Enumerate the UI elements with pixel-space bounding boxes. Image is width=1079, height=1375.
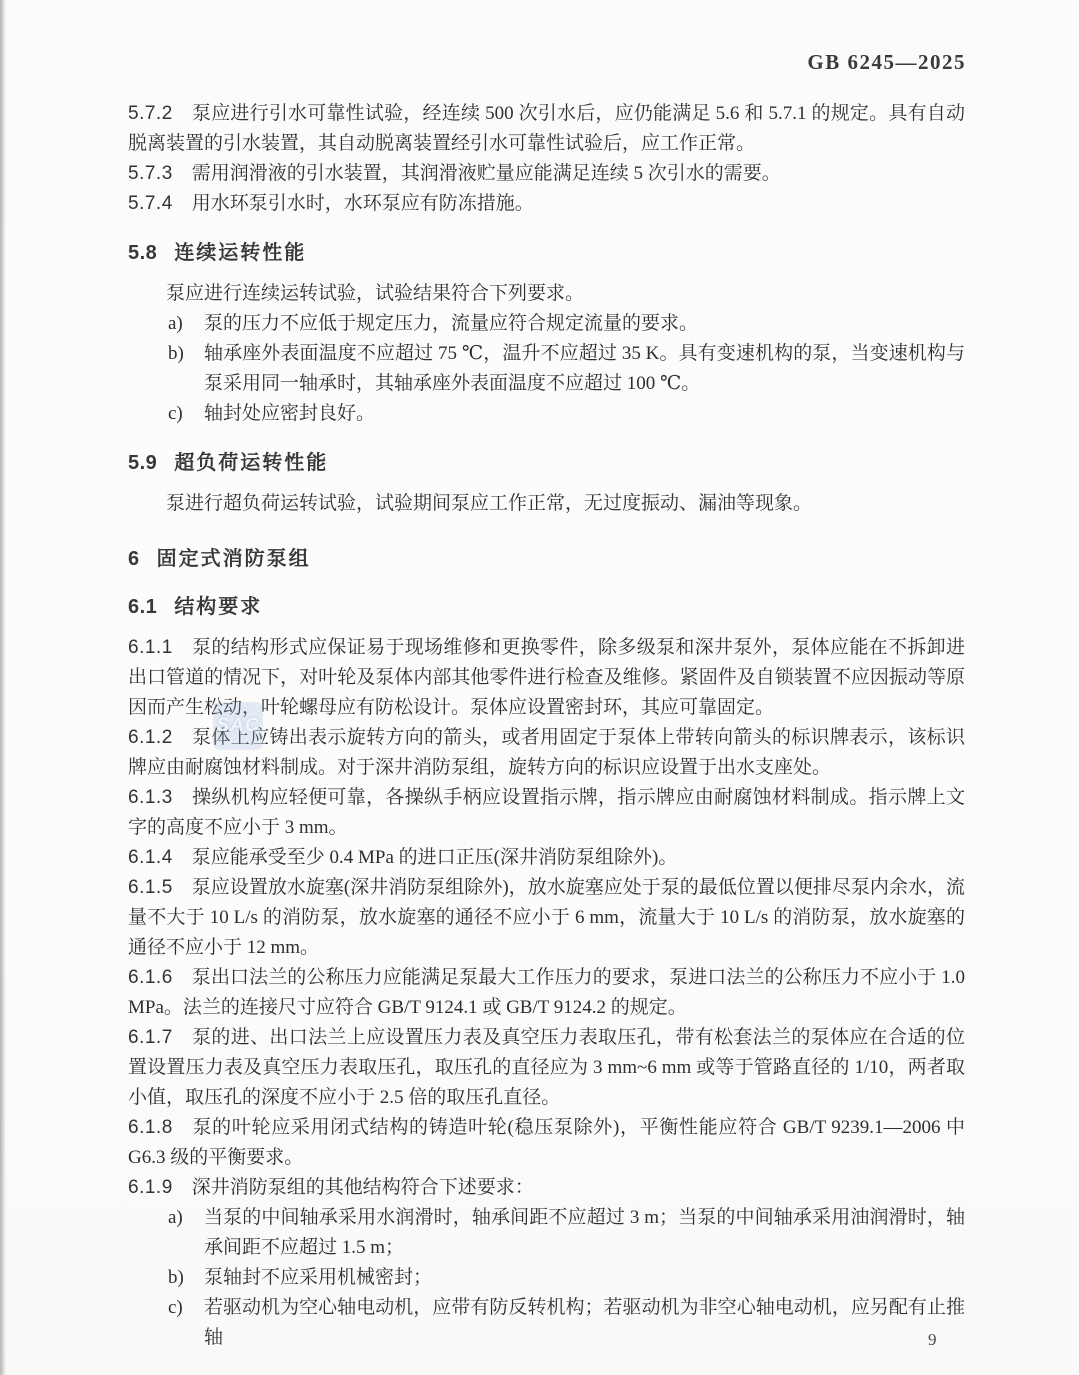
clause-6-1-7: 6.1.7泵的进、出口法兰上应设置压力表及真空压力表取压孔，带有松套法兰的泵体应…	[128, 1023, 965, 1113]
clause-5-7-2: 5.7.2泵应进行引水可靠性试验，经连续 500 次引水后，应仍能满足 5.6 …	[128, 99, 965, 159]
clause-number: 6.1.3	[128, 787, 173, 808]
document-page: GB 6245—2025 5.7.2泵应进行引水可靠性试验，经连续 500 次引…	[0, 0, 1079, 1375]
clause-number: 6.1.1	[128, 637, 173, 658]
clause-text: 操纵机构应轻便可靠，各操纵手柄应设置指示牌，指示牌应由耐腐蚀材料制成。指示牌上文…	[128, 787, 965, 838]
clause-text: 泵应进行引水可靠性试验，经连续 500 次引水后，应仍能满足 5.6 和 5.7…	[128, 103, 965, 154]
clause-number: 5.7.3	[128, 163, 173, 184]
clause-text: 用水环泵引水时，水环泵应有防冻措施。	[192, 193, 534, 214]
heading-6-1: 6.1结构要求	[128, 593, 965, 621]
clause-number: 6.1.6	[128, 967, 173, 988]
heading-title: 连续运转性能	[174, 242, 306, 264]
list-item-6-1-9-a: a)当泵的中间轴承采用水润滑时，轴承间距不应超过 3 m；当泵的中间轴承采用油润…	[128, 1203, 965, 1263]
clause-number: 6.1.7	[128, 1027, 173, 1048]
clause-text: 泵的进、出口法兰上应设置压力表及真空压力表取压孔，带有松套法兰的泵体应在合适的位…	[128, 1027, 965, 1108]
heading-number: 6.1	[128, 596, 157, 618]
list-item-text: 若驱动机为空心轴电动机，应带有防反转机构；若驱动机为非空心轴电动机，应另配有止推…	[204, 1293, 965, 1353]
clause-number: 5.7.4	[128, 193, 173, 214]
clause-6-1-2: 6.1.2泵体上应铸出表示旋转方向的箭头，或者用固定于泵体上带转向箭头的标识牌表…	[128, 723, 965, 783]
list-item-label: c)	[168, 1293, 204, 1353]
list-item-label: a)	[168, 309, 204, 339]
clause-number: 6.1.2	[128, 727, 173, 748]
clause-text: 泵应能承受至少 0.4 MPa 的进口正压(深井消防泵组除外)。	[192, 847, 678, 868]
list-item-5-8-c: c)轴封处应密封良好。	[128, 399, 965, 429]
page-body: 5.7.2泵应进行引水可靠性试验，经连续 500 次引水后，应仍能满足 5.6 …	[128, 99, 965, 1353]
heading-5-8: 5.8连续运转性能	[128, 239, 965, 267]
clause-number: 6.1.5	[128, 877, 173, 898]
list-item-label: b)	[168, 339, 204, 399]
list-item-text: 轴承座外表面温度不应超过 75 ℃，温升不应超过 35 K。具有变速机构的泵，当…	[204, 339, 965, 399]
clause-text: 泵出口法兰的公称压力应能满足泵最大工作压力的要求，泵进口法兰的公称压力不应小于 …	[128, 967, 965, 1018]
list-item-text: 泵的压力不应低于规定压力，流量应符合规定流量的要求。	[204, 309, 965, 339]
paragraph-5-8-intro: 泵应进行连续运转试验，试验结果符合下列要求。	[128, 279, 965, 309]
heading-5-9: 5.9超负荷运转性能	[128, 449, 965, 477]
clause-6-1-5: 6.1.5泵应设置放水旋塞(深井消防泵组除外)，放水旋塞应处于泵的最低位置以便排…	[128, 873, 965, 963]
clause-text: 泵体上应铸出表示旋转方向的箭头，或者用固定于泵体上带转向箭头的标识牌表示，该标识…	[128, 727, 965, 778]
list-item-label: a)	[168, 1203, 204, 1263]
heading-title: 固定式消防泵组	[157, 548, 311, 570]
clause-6-1-6: 6.1.6泵出口法兰的公称压力应能满足泵最大工作压力的要求，泵进口法兰的公称压力…	[128, 963, 965, 1023]
list-item-5-8-b: b)轴承座外表面温度不应超过 75 ℃，温升不应超过 35 K。具有变速机构的泵…	[128, 339, 965, 399]
clause-text: 泵的结构形式应保证易于现场维修和更换零件，除多级泵和深井泵外，泵体应能在不拆卸进…	[128, 637, 965, 718]
list-item-text: 泵轴封不应采用机械密封；	[204, 1263, 965, 1293]
clause-5-7-4: 5.7.4用水环泵引水时，水环泵应有防冻措施。	[128, 189, 965, 219]
clause-text: 需用润滑液的引水装置，其润滑液贮量应能满足连续 5 次引水的需要。	[192, 163, 781, 184]
list-item-label: b)	[168, 1263, 204, 1293]
list-item-5-8-a: a)泵的压力不应低于规定压力，流量应符合规定流量的要求。	[128, 309, 965, 339]
list-item-text: 轴封处应密封良好。	[204, 399, 965, 429]
paragraph-5-9-intro: 泵进行超负荷运转试验，试验期间泵应工作正常，无过度振动、漏油等现象。	[128, 489, 965, 519]
clause-text: 深井消防泵组的其他结构符合下述要求：	[192, 1177, 534, 1198]
list-item-text: 当泵的中间轴承采用水润滑时，轴承间距不应超过 3 m；当泵的中间轴承采用油润滑时…	[204, 1203, 965, 1263]
standard-number: GB 6245—2025	[807, 50, 966, 75]
heading-title: 结构要求	[174, 596, 262, 618]
heading-number: 5.9	[128, 452, 157, 474]
clause-6-1-4: 6.1.4泵应能承受至少 0.4 MPa 的进口正压(深井消防泵组除外)。	[128, 843, 965, 873]
clause-6-1-8: 6.1.8泵的叶轮应采用闭式结构的铸造叶轮(稳压泵除外)，平衡性能应符合 GB/…	[128, 1113, 965, 1173]
clause-number: 6.1.9	[128, 1177, 173, 1198]
clause-6-1-3: 6.1.3操纵机构应轻便可靠，各操纵手柄应设置指示牌，指示牌应由耐腐蚀材料制成。…	[128, 783, 965, 843]
clause-5-7-3: 5.7.3需用润滑液的引水装置，其润滑液贮量应能满足连续 5 次引水的需要。	[128, 159, 965, 189]
clause-number: 5.7.2	[128, 103, 173, 124]
heading-title: 超负荷运转性能	[174, 452, 328, 474]
clause-text: 泵的叶轮应采用闭式结构的铸造叶轮(稳压泵除外)，平衡性能应符合 GB/T 923…	[128, 1117, 965, 1168]
heading-6: 6固定式消防泵组	[128, 545, 965, 573]
list-item-6-1-9-b: b)泵轴封不应采用机械密封；	[128, 1263, 965, 1293]
heading-number: 5.8	[128, 242, 157, 264]
clause-6-1-9: 6.1.9深井消防泵组的其他结构符合下述要求：	[128, 1173, 965, 1203]
clause-number: 6.1.8	[128, 1117, 173, 1138]
scan-edge-shadow	[0, 0, 6, 1375]
clause-6-1-1: 6.1.1泵的结构形式应保证易于现场维修和更换零件，除多级泵和深井泵外，泵体应能…	[128, 633, 965, 723]
list-item-label: c)	[168, 399, 204, 429]
heading-number: 6	[128, 548, 140, 570]
clause-text: 泵应设置放水旋塞(深井消防泵组除外)，放水旋塞应处于泵的最低位置以便排尽泵内余水…	[128, 877, 965, 958]
page-number: 9	[928, 1328, 937, 1352]
list-item-6-1-9-c: c)若驱动机为空心轴电动机，应带有防反转机构；若驱动机为非空心轴电动机，应另配有…	[128, 1293, 965, 1353]
clause-number: 6.1.4	[128, 847, 173, 868]
